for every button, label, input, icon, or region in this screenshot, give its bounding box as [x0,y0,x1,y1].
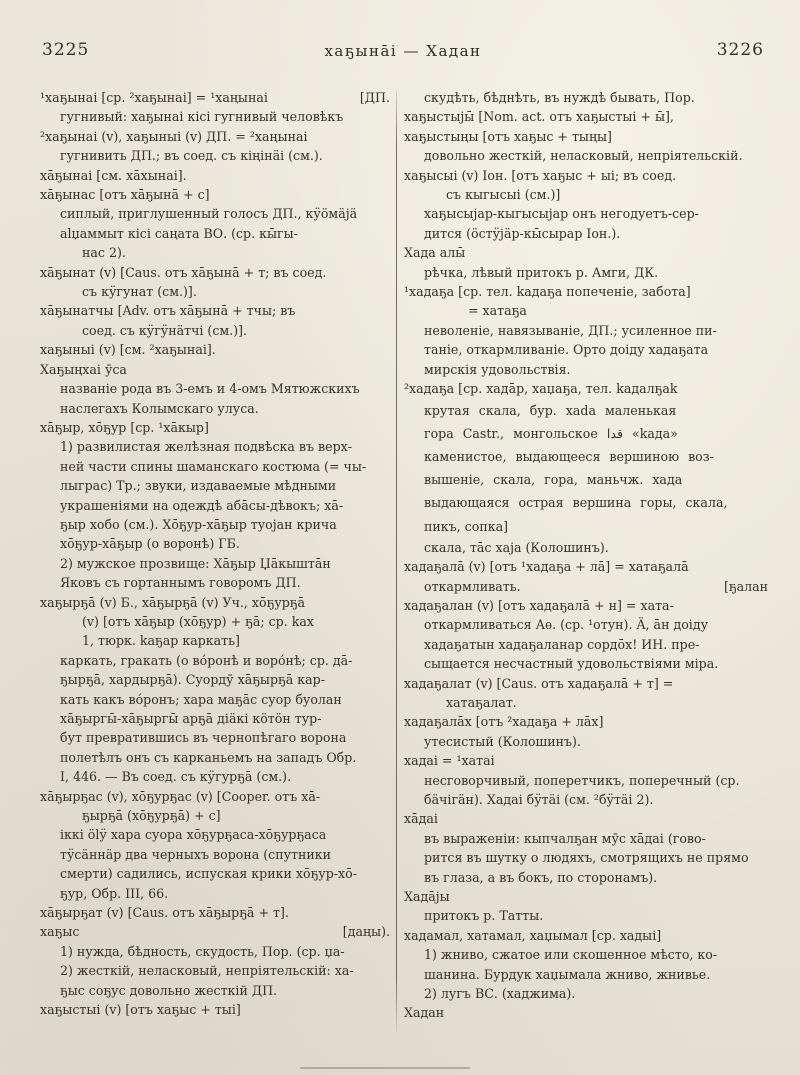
dictionary-text-line: шанина. Бурдук хаџымала жниво, жнивье. [424,965,768,984]
dictionary-text-line: тӱсäннäр два черныхъ ворона (спутники [60,845,390,864]
dictionary-text-line: 1) развилистая желѣзная подвѣска въ верх… [60,437,390,456]
dictionary-text-line: хаҕыныі (v) [см. ²хаҕынаі]. [40,340,390,359]
dictionary-text-line: хаҕысыjар-кыгысыjар онъ негодуетъ-сер- [424,204,768,223]
dictionary-text-line: хаҕыстыі (v) [отъ хаҕыс + тыі] [40,1000,390,1019]
dictionary-text-line: хаҕыс[даңы). [40,922,390,941]
dictionary-text-line: сыщается несчастный удовольствіями міра. [424,654,768,673]
dictionary-text-line: 1) жниво, сжатое или скошенное мѣсто, ко… [424,945,768,964]
dictionary-text-line: сиплый, приглушенный голосъ ДП., кӱöмäjä [60,204,390,223]
dictionary-text-line: каменистое, выдающееся вершиною воз- [424,445,768,468]
dictionary-text-line: хаҕысыі (v) Іон. [отъ хаҕыс + ыі; въ сое… [404,166,768,185]
dictionary-text-line: ҕыр хобо (см.). Хōҕур-хāҕыр туоjан крича [60,515,390,534]
dictionary-text-line: хадаҕалан (v) [отъ хадаҕалā + н] = хата- [404,596,768,615]
right-column: скудѣть, бѣднѣть, въ нуждѣ бывать, Пор.х… [404,88,768,1045]
dictionary-text-line: Хада алы̄ [404,243,768,262]
dictionary-text-line: неволеніе, навязываніе, ДП.; усиленное п… [424,321,768,340]
dictionary-text-line: хāҕырҕат (v) [Caus. отъ хāҕырҕā + т]. [40,903,390,922]
dictionary-text-line: кать какъ во́ронъ; хара маҕāс суор буола… [60,690,390,709]
text-columns: ¹хаҕынаі [ср. ²хаҕынаі] = ¹хаңынаі[ДП.гу… [40,88,768,1045]
dictionary-text-line: ²хаҕынаі (v), хаҕыныі (v) ДП. = ²хаңынаі [40,127,390,146]
dictionary-text-line: хāҕырҕас (v), хōҕурҕас (v) [Cooper. отъ … [40,787,390,806]
dictionary-text-line: мирскія удовольствія. [424,360,768,379]
dictionary-text-line: откармливать.[ҕалан [424,577,768,596]
dictionary-text-line: дится (öстӱjäр-кы̄сырар Іон.). [424,224,768,243]
dictionary-text-line: лыграс) Тр.; звуки, издаваемые мѣдными [60,476,390,495]
dictionary-text-line: 2) лугъ ВС. (хаджима). [424,984,768,1003]
line-text: хаҕыс [40,922,79,941]
dictionary-text-line: = хатаҕа [468,301,768,320]
left-column: ¹хаҕынаі [ср. ²хаҕынаі] = ¹хаңынаі[ДП.гу… [40,88,390,1045]
dictionary-text-line: довольно жесткій, неласковый, непріятель… [424,146,768,165]
dictionary-text-line: хадаҕалат (v) [Caus. отъ хадаҕалā + т] = [404,674,768,693]
dictionary-text-line: хадаҕалā (v) [отъ ¹хадаҕа + лā] = хатаҕа… [404,557,768,576]
dictionary-text-line: хадаі = ¹хатаі [404,751,768,770]
dictionary-text-line: хатаҕалат. [446,693,768,712]
dictionary-text-line: съ кыгысыі (см.)] [446,185,768,204]
dictionary-text-line: хадаҕалāх [отъ ²хадаҕа + лāх] [404,712,768,731]
dictionary-text-line: пикъ, сопка] [424,515,768,538]
dictionary-text-line: ¹хадаҕа [ср. тел. kадаҕа попеченіе, забо… [404,282,768,301]
dictionary-text-line: хāҕыргы̄-хāҕыргы̄ арҕā діäкі кöтöн тур- [60,709,390,728]
dictionary-text-line: 2) мужское прозвище: Хāҕыр Џāкыштāн [60,554,390,573]
dictionary-text-line: хадаҕатын хадаҕаланар сордōх! ИН. пре- [424,635,768,654]
line-text: откармливать. [424,577,521,596]
dictionary-text-line: несговорчивый, поперетчикъ, поперечный (… [424,771,768,790]
dictionary-text-line: іккі ölӱ хара суора хōҕурҕаса-хōҕурҕаса [60,825,390,844]
dictionary-text-line: хāҕынат (v) [Caus. отъ хāҕынā + т; въ со… [40,263,390,282]
dictionary-text-line: хадамал, хатамал, хаџымал [ср. хадыі] [404,926,768,945]
dictionary-text-line: рится въ шутку о людяхъ, смотрящихъ не п… [424,848,768,867]
dictionary-text-line: гугнивить ДП.; въ соед. съ кіңінäі (см.)… [60,146,390,165]
line-catchword: [даңы). [343,922,390,941]
dictionary-text-line: хаҕырҕā (v) Б., хāҕырҕā (v) Уч., хōҕурҕā [40,593,390,612]
running-title: хаҕынāі — Хадан [42,42,764,60]
page-number-right: 3226 [717,40,764,60]
dictionary-text-line: съ кӱгунат (см.)]. [82,282,390,301]
dictionary-text-line: I, 446. — Въ соед. съ кӱгурҕā (см.). [60,767,390,786]
dictionary-text-line: утесистый (Колошинъ). [424,732,768,751]
column-divider-rule [396,90,397,1031]
dictionary-text-line: Яковъ съ гортаннымъ говоромъ ДП. [60,573,390,592]
dictionary-text-line: хāҕыр, хōҕур [ср. ¹хāкыр] [40,418,390,437]
scan-artifact [300,1067,470,1069]
dictionary-page-scan: 3225 хаҕынāі — Хадан 3226 ¹хаҕынаі [ср. … [0,0,800,1075]
dictionary-text-line: въ глаза, а въ бокъ, по сторонамъ). [424,868,768,887]
dictionary-text-line: гора Castr., монгольское قدا «kада» [424,422,768,445]
dictionary-text-line: хōҕур-хāҕыр (о воронѣ) ГБ. [60,534,390,553]
dictionary-text-line: выдающаяся острая вершина горы, скала, [424,491,768,514]
dictionary-text-line: откармливаться Аѳ. (ср. ¹отун). Ä, āн до… [424,615,768,634]
dictionary-text-line: смерти) садились, испуская крики хōҕур-х… [60,864,390,883]
dictionary-text-line: хаҕыстыңы [отъ хаҕыс + тыңы] [404,127,768,146]
dictionary-text-line: гугнивый: хаҕынаі кісі гугнивый человѣкъ [60,107,390,126]
dictionary-text-line: притокъ р. Татты. [424,906,768,925]
dictionary-text-line: названіе рода въ 3-емъ и 4-омъ Мятюжских… [60,379,390,398]
dictionary-text-line: украшеніями на одеждѣ абāсы-дѣвокъ; хā- [60,496,390,515]
dictionary-text-line: ней части спины шаманскаго костюма (= чы… [60,457,390,476]
dictionary-text-line: бут превратившись въ чернопѣгаго ворона [60,728,390,747]
dictionary-text-line: вышеніе, скала, гора, маньчж. хада [424,468,768,491]
dictionary-text-line: 2) жесткій, неласковый, непріятельскій: … [60,961,390,980]
dictionary-text-line: ҕырҕā (хōҕурҕā) + с] [82,806,390,825]
dictionary-text-line: ҕыс соҕус довольно жесткій ДП. [60,981,390,1000]
dictionary-text-line: нас 2). [82,243,390,262]
dictionary-text-line: 1, тюрк. kаҕар каркать] [82,631,390,650]
dictionary-text-line: соед. съ кӱгӱнäтчі (см.)]. [82,321,390,340]
dictionary-text-line: крутая скала, бур. хаda маленькая [424,399,768,422]
dictionary-text-line: скала, тāс хаjа (Колошинъ). [424,538,768,557]
dictionary-text-line: хаҕыстыjы̄ [Nom. act. отъ хаҕыстыі + ы̄]… [404,107,768,126]
dictionary-text-line: ҕур, Обр. III, 66. [60,884,390,903]
dictionary-text-line: рѣчка, лѣвый притокъ р. Амги, ДК. [424,263,768,282]
line-text: ¹хаҕынаі [ср. ²хаҕынаі] = ¹хаңынаі [40,88,268,107]
page-header: 3225 хаҕынāі — Хадан 3226 [42,40,764,64]
dictionary-text-line: Хадан [404,1003,768,1022]
line-catchword: [ҕалан [724,577,768,596]
dictionary-text-line: ¹хаҕынаі [ср. ²хаҕынаі] = ¹хаңынаі[ДП. [40,88,390,107]
dictionary-text-line: бäчігäн). Хадаі бӱтäі (см. ²бӱтäі 2). [424,790,768,809]
dictionary-text-line: 1) нужда, бѣдность, скудость, Пор. (ср. … [60,942,390,961]
line-catchword: [ДП. [360,88,390,107]
dictionary-text-line: Хадājы [404,887,768,906]
dictionary-text-line: въ выраженіи: кыпчалҕан мӯс хāдаі (гово- [424,829,768,848]
dictionary-text-line: ҕырҕā, хардырҕā). Суордӯ хāҕырҕā кар- [60,670,390,689]
dictionary-text-line: каркать, гракать (о во́ронѣ и воро́нѣ; с… [60,651,390,670]
dictionary-text-line: ²хадаҕа [ср. хадāр, хаџаҕа, тел. kадалҕа… [404,379,768,398]
dictionary-text-line: полетѣлъ онъ съ карканьемъ на западъ Обр… [60,748,390,767]
dictionary-text-line: аlџаммыт кісі саңата ВО. (ср. кы̄гы- [60,224,390,243]
dictionary-text-line: таніе, откармливаніе. Орто доіду хадаҕат… [424,340,768,359]
dictionary-text-line: (v) [отъ хāҕыр (хōҕур) + ҕā; ср. kах [82,612,390,631]
dictionary-text-line: хāҕынатчы [Adv. отъ хāҕынā + тчы; въ [40,301,390,320]
dictionary-text-line: наслегахъ Колымскаго улуса. [60,399,390,418]
dictionary-text-line: хāҕынаі [см. хāхынаі]. [40,166,390,185]
dictionary-text-line: хāҕынас [отъ хāҕынā + с] [40,185,390,204]
dictionary-text-line: Хаҕыңхаі ӯса [40,360,390,379]
dictionary-text-line: хāдаі [404,809,768,828]
dictionary-text-line: скудѣть, бѣднѣть, въ нуждѣ бывать, Пор. [424,88,768,107]
